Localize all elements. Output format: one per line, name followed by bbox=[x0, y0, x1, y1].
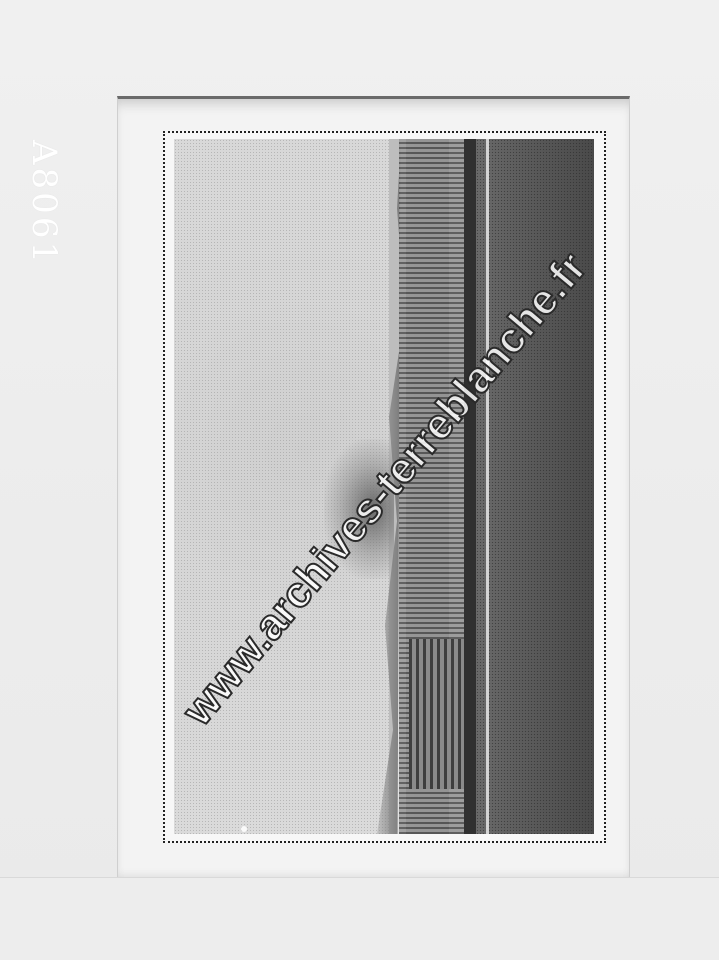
scan-page: A8061 www.archives-terreblanche.fr bbox=[0, 0, 719, 960]
lower-sheet bbox=[0, 877, 719, 960]
photo-boundary-wall bbox=[464, 139, 476, 834]
photo-road bbox=[476, 139, 594, 834]
photo-road-edge bbox=[486, 139, 489, 834]
handwritten-reference-number: A8061 bbox=[24, 140, 64, 220]
photo-annex-building bbox=[409, 639, 464, 789]
dust-speck bbox=[241, 826, 247, 832]
